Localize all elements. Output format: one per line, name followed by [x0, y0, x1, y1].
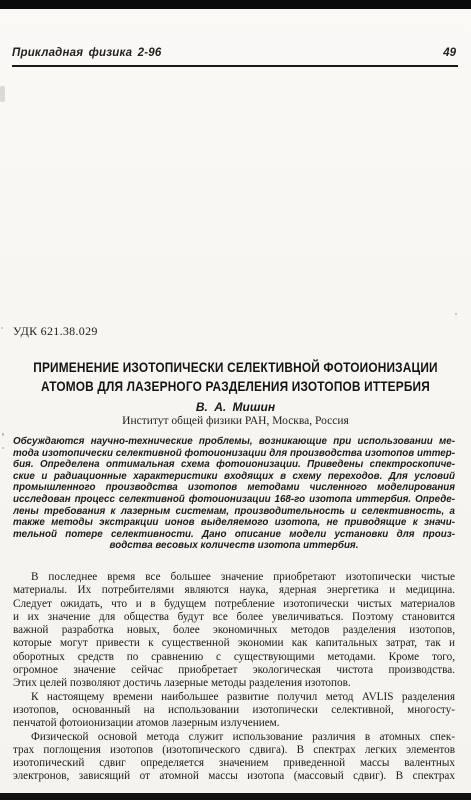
- body-text-line: электронов, зависящий от атомной массы и…: [13, 770, 455, 783]
- body-text-line: материалы. Их потребителями являются нау…: [13, 584, 455, 597]
- abstract-line: лены требования к лазерным системам, про…: [13, 506, 455, 518]
- body-text-line: К настоящему времени наибольшее развитие…: [13, 691, 455, 704]
- abstract-line: тельной потере селективности. Дано описа…: [13, 529, 455, 541]
- abstract-line: водства весовых количеств изотопа иттерб…: [13, 540, 455, 552]
- page-number: 49: [443, 47, 458, 59]
- article-title: ПРИМЕНЕНИЕ ИЗОТОПИЧЕСКИ СЕЛЕКТИВНОЙ ФОТО…: [33, 358, 438, 396]
- scanned-journal-page: Прикладная физика 2-96 49 УДК 621.38.029…: [0, 0, 471, 800]
- article-title-line: АТОМОВ ДЛЯ ЛАЗЕРНОГО РАЗДЕЛЕНИЯ ИЗОТОПОВ…: [33, 377, 438, 396]
- author-affiliation: Институт общей физики РАН, Москва, Росси…: [0, 415, 471, 427]
- abstract-line: тода изотопически селективной фотоиониза…: [13, 448, 455, 460]
- body-text-line: огромное значение сейчас приобретает эко…: [13, 664, 455, 677]
- article-title-line: ПРИМЕНЕНИЕ ИЗОТОПИЧЕСКИ СЕЛЕКТИВНОЙ ФОТО…: [33, 358, 438, 377]
- abstract-line: промышленного производства изотопов мето…: [13, 482, 455, 494]
- body-text-line: которые могут привести к существенной эк…: [13, 637, 455, 650]
- body-text-line: оборотных средств по сравнению с существ…: [13, 651, 455, 664]
- scan-speck: [455, 313, 457, 315]
- scan-speck: [2, 447, 4, 449]
- udc-code: УДК 621.38.029: [13, 324, 98, 339]
- body-text-line: изотопический сдвиг определяется значени…: [13, 757, 455, 770]
- article-body-text: В последнее время все большее значение п…: [13, 571, 455, 784]
- abstract-block: Обсуждаются научно-технические проблемы,…: [13, 436, 455, 552]
- author-name: В. А. Мишин: [0, 400, 471, 414]
- abstract-line: Обсуждаются научно-технические проблемы,…: [13, 436, 455, 448]
- body-text-line: Физической основой метода служит использ…: [13, 731, 455, 744]
- body-text-line: В последнее время все большее значение п…: [13, 571, 455, 584]
- abstract-line: исследован процесс селективной фотоиониз…: [13, 494, 455, 506]
- body-text-line: Этих целей позволяют достичь лазерные ме…: [13, 677, 455, 690]
- scan-speck: [1, 327, 3, 329]
- body-text-line: трах поглощения изотопов (изотопического…: [13, 744, 455, 757]
- scan-edge-top-bar: [0, 0, 471, 9]
- body-text-line: Следует ожидать, что и в будущем потребл…: [13, 598, 455, 611]
- body-text-line: и их значение для общества будут все бол…: [13, 611, 455, 624]
- journal-title: Прикладная физика 2-96: [12, 47, 161, 59]
- scan-speck: [2, 433, 4, 436]
- abstract-line: ские и радиационные характеристики входя…: [13, 471, 455, 483]
- body-text-line: пенчатой фотоионизации атомов лазерным и…: [13, 717, 455, 730]
- abstract-line: бия. Определена оптимальная схема фотоио…: [13, 459, 455, 471]
- abstract-line: также методы экстракции ионов выделяемог…: [13, 517, 455, 529]
- scan-smudge: [0, 86, 5, 102]
- running-header: Прикладная физика 2-96 49: [12, 47, 458, 67]
- body-text-line: изотопов, основанный на использовании из…: [13, 704, 455, 717]
- scan-edge-bottom-bar: [0, 793, 471, 800]
- body-text-line: важной разработка новых, более экономичн…: [13, 624, 455, 637]
